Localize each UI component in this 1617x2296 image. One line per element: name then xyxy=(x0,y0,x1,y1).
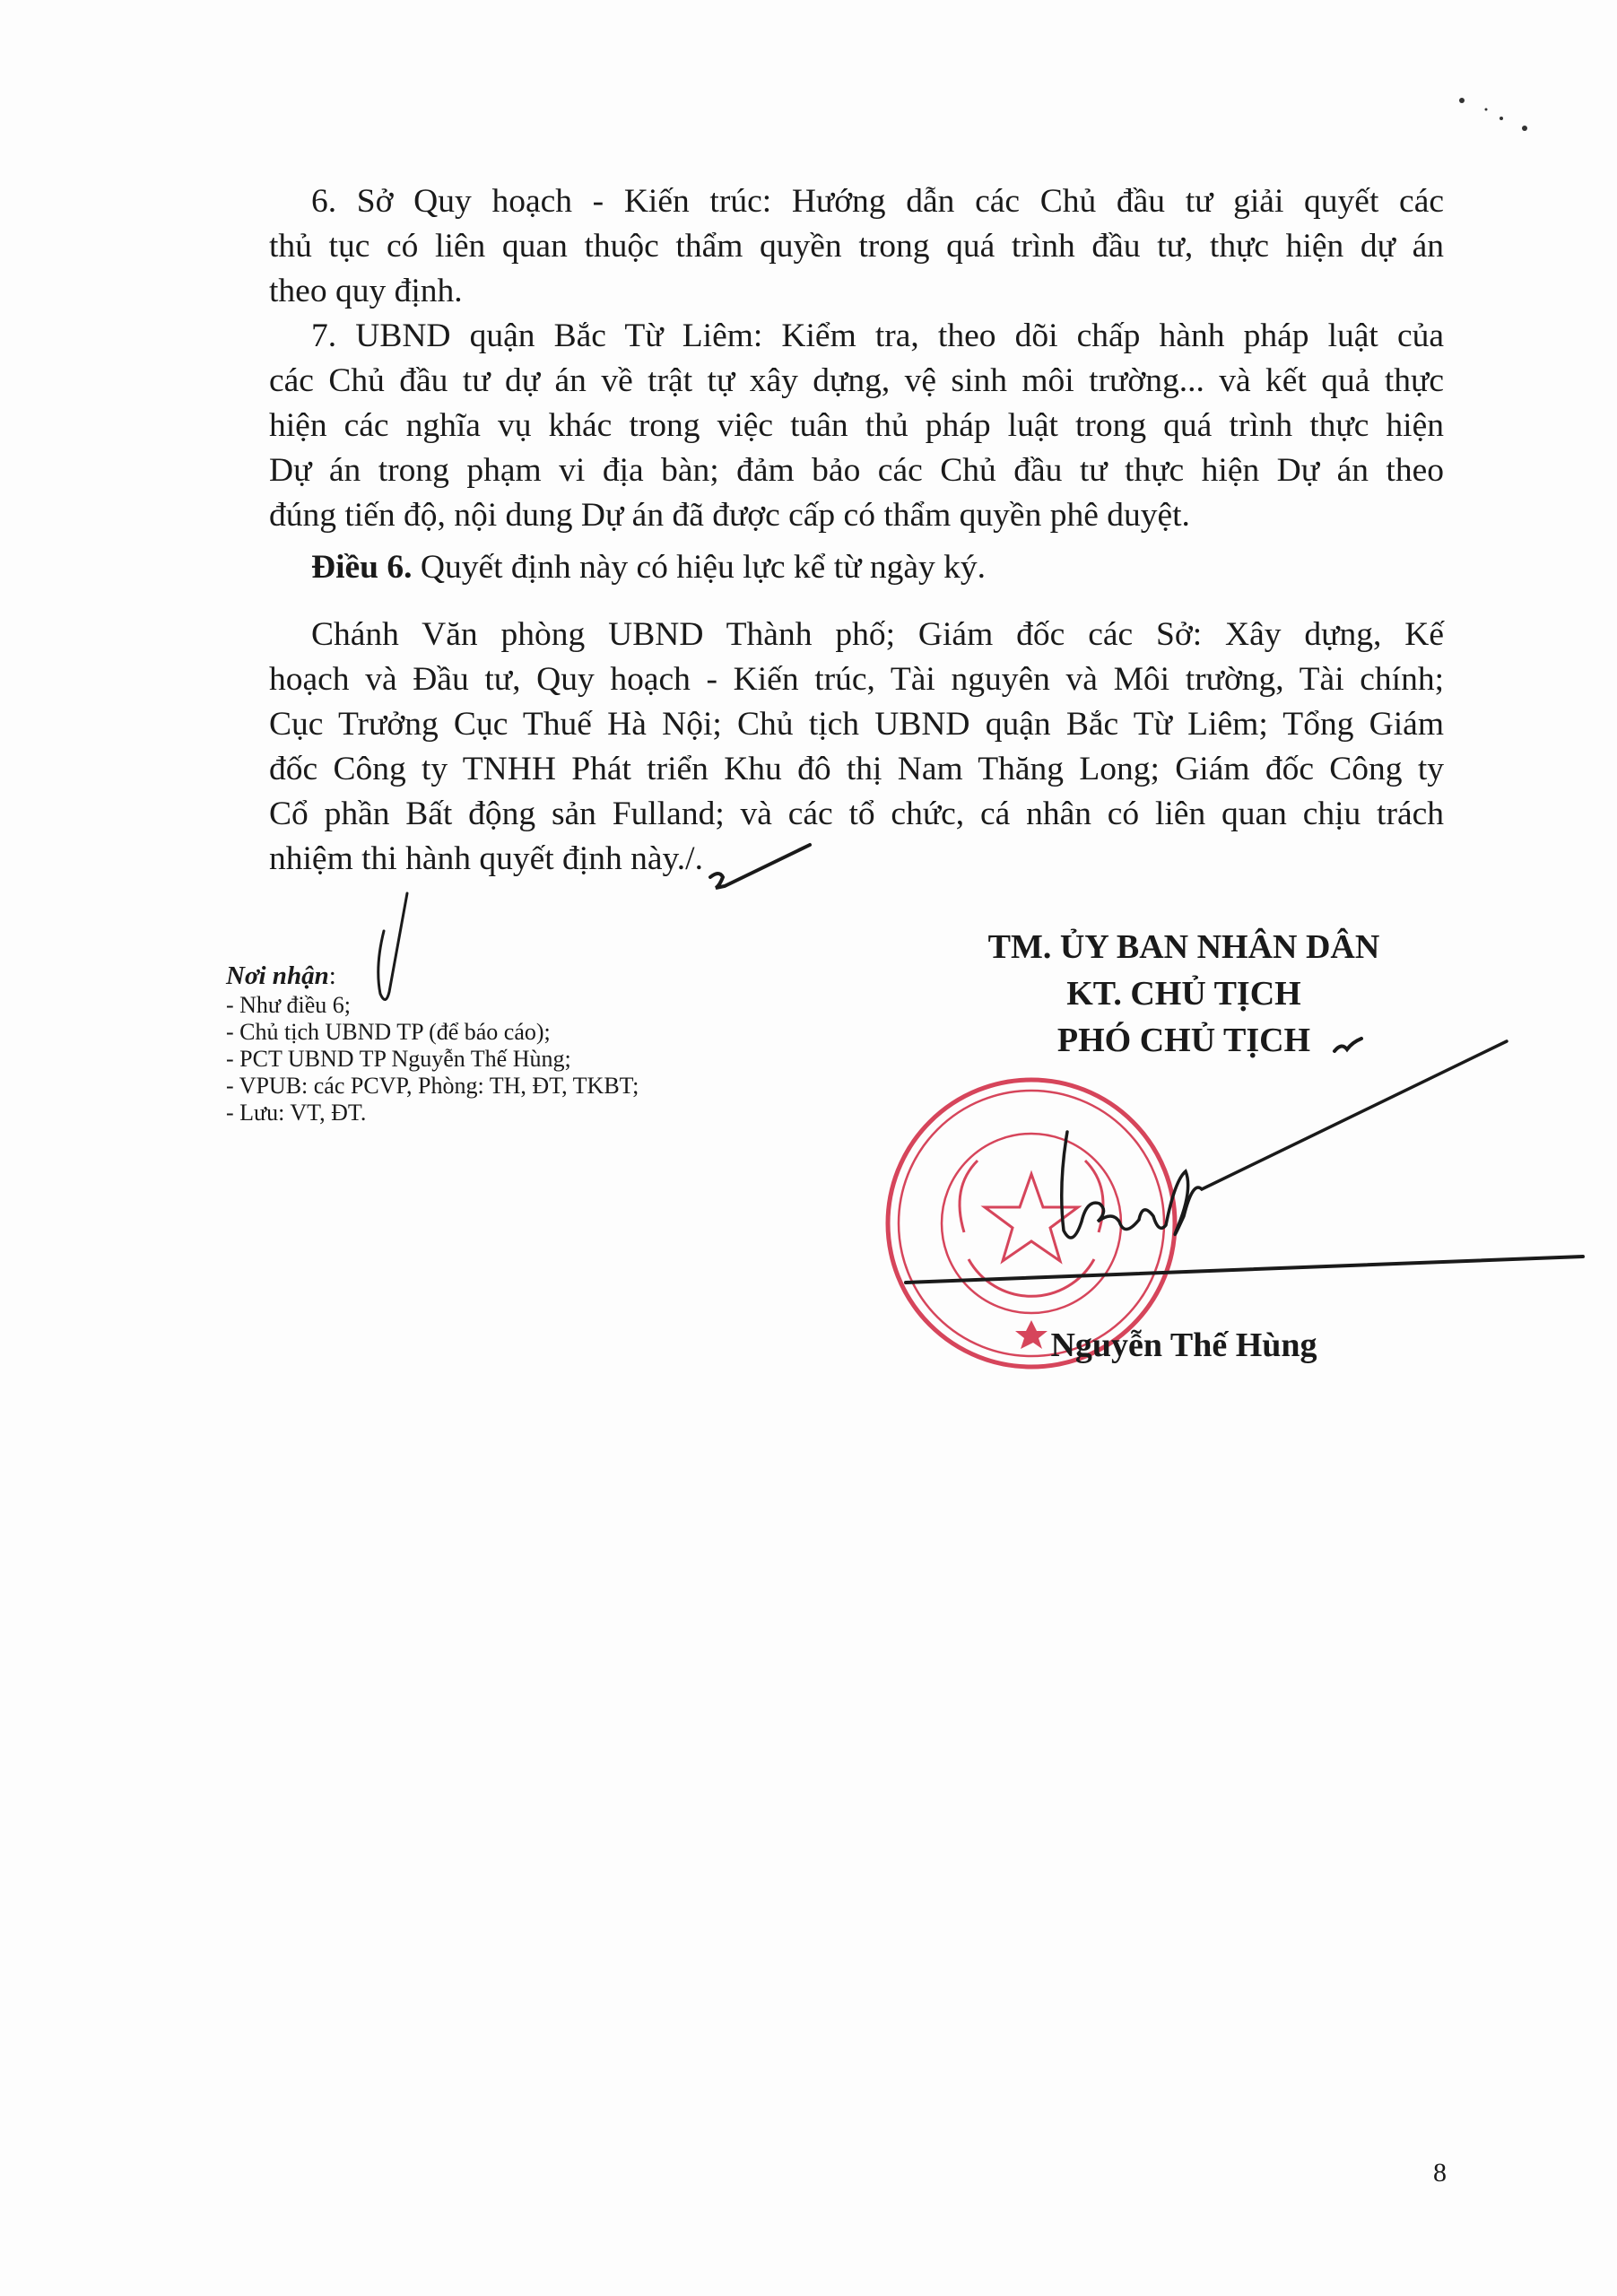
article-6-text: Quyết định này có hiệu lực kể từ ngày ký… xyxy=(413,549,986,586)
text-line: Cục Trưởng Cục Thuế Hà Nội; Chủ tịch UBN… xyxy=(269,702,1444,747)
article-6: Điều 6. Quyết định này có hiệu lực kể từ… xyxy=(269,545,1444,590)
signature-title-2: KT. CHỦ TỊCH xyxy=(915,970,1453,1017)
signature-block: TM. ỦY BAN NHÂN DÂN KT. CHỦ TỊCH PHÓ CHỦ… xyxy=(915,924,1453,1064)
closing-paragraph: Chánh Văn phòng UBND Thành phố; Giám đốc… xyxy=(269,613,1444,882)
recipient-item: - Lưu: VT, ĐT. xyxy=(226,1100,639,1126)
page-number: 8 xyxy=(1433,2158,1447,2188)
text-line: thủ tục có liên quan thuộc thẩm quyền tr… xyxy=(269,224,1444,269)
text-line: Dự án trong phạm vi địa bàn; đảm bảo các… xyxy=(269,448,1444,493)
paragraph-item-6: 6. Sở Quy hoạch - Kiến trúc: Hướng dẫn c… xyxy=(269,179,1444,314)
signature-title-3: PHÓ CHỦ TỊCH xyxy=(915,1017,1453,1064)
text-line: đốc Công ty TNHH Phát triển Khu đô thị N… xyxy=(269,747,1444,792)
recipient-item: - Như điều 6; xyxy=(226,992,639,1019)
text-line: hiện các nghĩa vụ khác trong việc tuân t… xyxy=(269,404,1444,448)
text-line: Chánh Văn phòng UBND Thành phố; Giám đốc… xyxy=(269,613,1444,657)
recipients-title: Nơi nhận: xyxy=(226,960,639,992)
text-line: nhiệm thi hành quyết định này./. xyxy=(269,837,1444,882)
text-line: 6. Sở Quy hoạch - Kiến trúc: Hướng dẫn c… xyxy=(269,179,1444,224)
recipient-item: - PCT UBND TP Nguyễn Thế Hùng; xyxy=(226,1046,639,1073)
text-line: theo quy định. xyxy=(269,269,1444,314)
paragraph-item-7: 7. UBND quận Bắc Từ Liêm: Kiểm tra, theo… xyxy=(269,314,1444,538)
text-line: 7. UBND quận Bắc Từ Liêm: Kiểm tra, theo… xyxy=(269,314,1444,359)
recipient-item: - VPUB: các PCVP, Phòng: TH, ĐT, TKBT; xyxy=(226,1073,639,1100)
recipient-item: - Chủ tịch UBND TP (để báo cáo); xyxy=(226,1019,639,1046)
text-line: đúng tiến độ, nội dung Dự án đã được cấp… xyxy=(269,493,1444,538)
signature-title-1: TM. ỦY BAN NHÂN DÂN xyxy=(915,924,1453,970)
article-6-line: Điều 6. Quyết định này có hiệu lực kể từ… xyxy=(269,545,1444,590)
article-6-label: Điều 6. xyxy=(311,549,413,586)
signer-name: Nguyễn Thế Hùng xyxy=(915,1326,1453,1365)
text-line: Cổ phần Bất động sản Fulland; và các tổ … xyxy=(269,792,1444,837)
recipients-list: Nơi nhận: - Như điều 6; - Chủ tịch UBND … xyxy=(226,960,639,1126)
recipients-title-text: Nơi nhận xyxy=(226,961,329,990)
text-line: các Chủ đầu tư dự án về trật tự xây dựng… xyxy=(269,359,1444,404)
recipients-title-colon: : xyxy=(329,961,336,990)
text-line: hoạch và Đầu tư, Quy hoạch - Kiến trúc, … xyxy=(269,657,1444,702)
